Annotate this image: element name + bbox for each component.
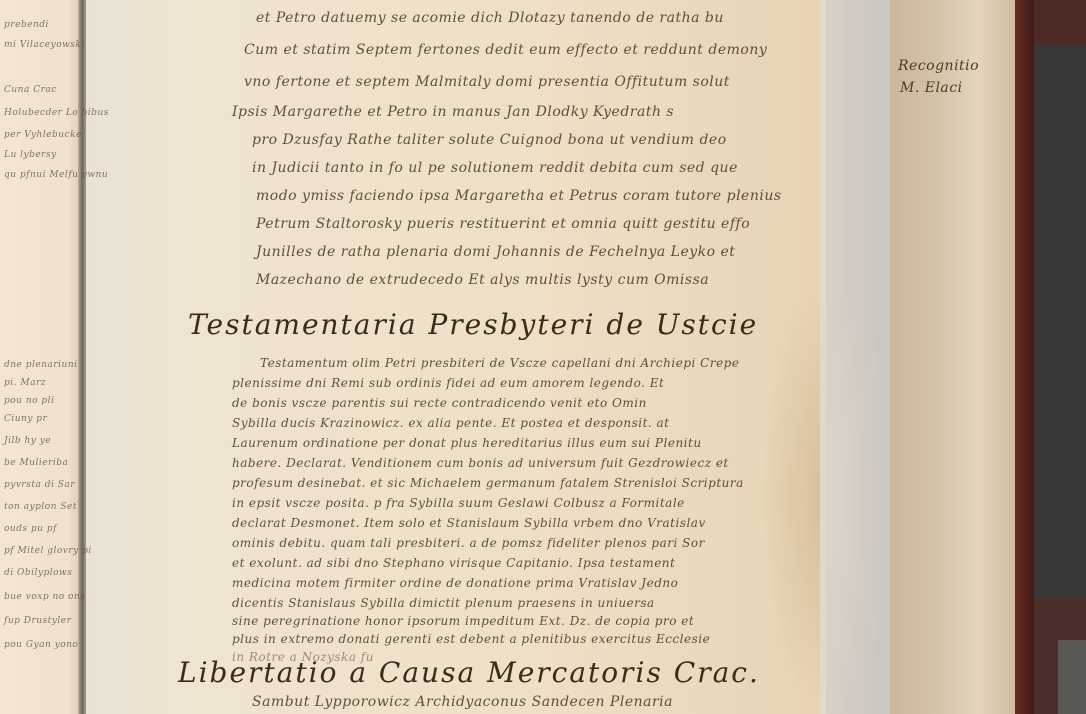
text-line: Ipsis Margarethe et Petro in manus Jan D… [232,104,674,120]
fly-leaf [890,0,1015,714]
left-fragment: pf Mitel glovry pi [4,546,92,556]
text-line: plenissime dni Remi sub ordinis fidei ad… [232,376,664,390]
left-fragment: pyvrsta di Sar [4,480,75,490]
left-fragment: Ciuny pr [4,414,47,424]
left-fragment: ton ayplon Set [4,502,77,512]
binding-leather-top [1030,0,1086,45]
left-fragment: bue voxp no ons [4,592,85,602]
text-line: medicina motem firmiter ordine de donati… [232,576,678,590]
text-line: declarat Desmonet. Item solo et Stanisla… [232,516,706,530]
text-line: ominis debitu. quam tali presbiteri. a d… [232,536,705,550]
margin-note: Recognitio [898,58,979,74]
section-heading-libertatio: Libertatio a Causa Mercatoris Crac. [178,656,760,689]
left-fragment: pou Gyan yono [4,640,78,650]
left-fragment: pou no pli [4,396,54,406]
text-line: modo ymiss faciendo ipsa Margaretha et P… [256,188,782,204]
text-line: Sambut Lypporowicz Archidyaconus Sandece… [252,694,673,710]
text-line: Mazechano de extrudecedo Et alys multis … [256,272,709,288]
text-line: et exolunt. ad sibi dno Stephano virisqu… [232,556,675,570]
left-fragment: dne plenariuni [4,360,78,370]
left-fragment: prebendi [4,20,49,30]
text-line: Testamentum olim Petri presbiteri de Vsc… [260,356,739,370]
left-fragment: ouds pu pf [4,524,57,534]
binding-edge [1014,0,1034,714]
left-fragment: be Mulieriba [4,458,68,468]
metal-clasp [1058,640,1086,714]
section-heading-testamentaria: Testamentaria Presbyteri de Ustcie [188,308,758,341]
text-line: habere. Declarat. Venditionem cum bonis … [232,456,729,470]
left-fragment: per Vyhlebucke [4,130,82,140]
text-line: Cum et statim Septem fertones dedit eum … [244,42,767,58]
text-line: Junilles de ratha plenaria domi Johannis… [256,244,735,260]
tissue-repair-strip [820,0,890,714]
text-line: dicentis Stanislaus Sybilla dimictit ple… [232,596,655,610]
left-fragment: fup Drustyler [4,616,71,626]
left-fragment: Jilb hy ye [4,436,51,446]
text-line: sine peregrinatione honor ipsorum impedi… [232,614,694,628]
left-fragment: mi Vilaceyowski [4,40,85,50]
text-line: profesum desinebat. et sic Michaelem ger… [232,476,744,490]
text-line: Sybilla ducis Krazinowicz. ex alia pente… [232,416,670,430]
text-line: in Judicii tanto in fo ul pe solutionem … [252,160,738,176]
text-line: in epsit vscze posita. p fra Sybilla suu… [232,496,685,510]
text-line: vno fertone et septem Malmitaly domi pre… [244,74,730,90]
left-fragment: pi. Marz [4,378,46,388]
text-line: et Petro datuemy se acomie dich Dlotazy … [256,10,724,26]
text-line: de bonis vscze parentis sui recte contra… [232,396,647,410]
left-fragment: Holubecder Lo bibus [4,108,109,118]
left-fragment: di Obilyplows [4,568,72,578]
text-line: pro Dzusfay Rathe taliter solute Cuignod… [252,132,727,148]
left-fragment: qu pfnui Melfu ywnu [4,170,108,180]
text-line: plus in extremo donati gerenti est deben… [232,632,710,646]
text-line: Laurenum ordinatione per donat plus here… [232,436,702,450]
text-line: Petrum Staltorosky pueris restituerint e… [256,216,750,232]
margin-note: M. Elaci [900,80,963,96]
left-fragment: Lu lybersy [4,150,57,160]
left-fragment: Cuna Crac [4,85,57,95]
